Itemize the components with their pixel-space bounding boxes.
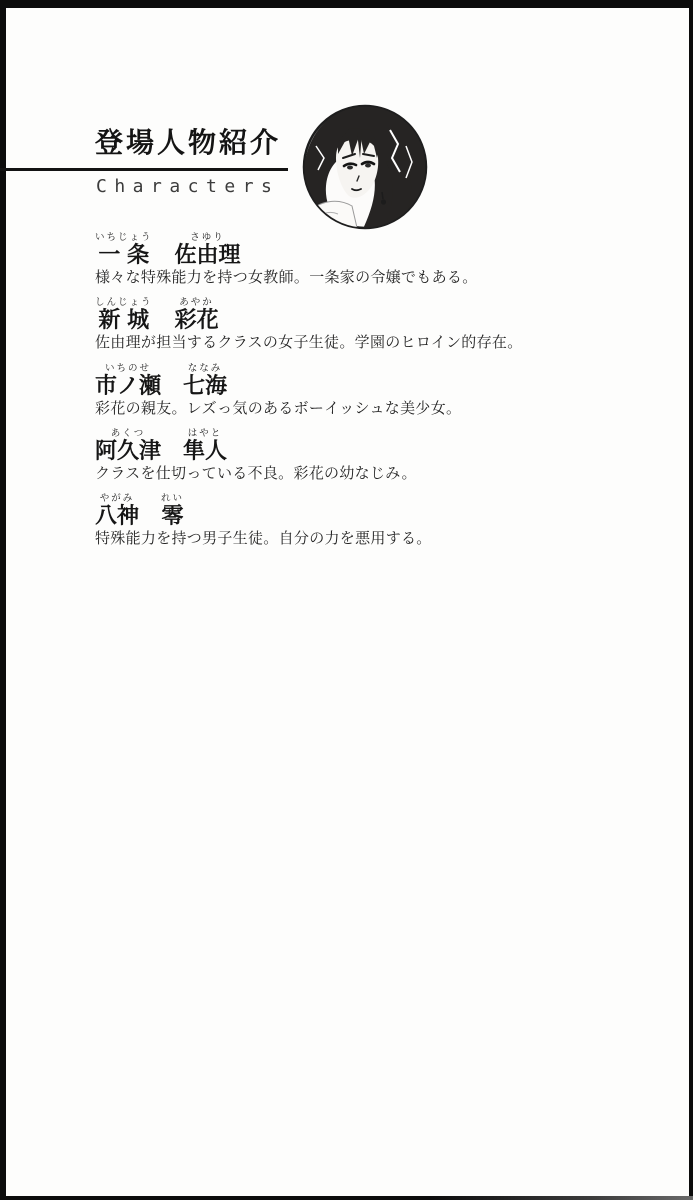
character-description: 佐由理が担当するクラスの女子生徒。学園のヒロイン的存在。 <box>95 333 615 353</box>
character-description: 彩花の親友。レズっ気のあるボーイッシュな美少女。 <box>95 399 615 419</box>
character-portrait-illustration <box>300 102 430 232</box>
given-name-furigana: ななみ <box>183 363 227 374</box>
title-rule <box>0 168 288 171</box>
page-title: 登場人物紹介 <box>95 127 281 161</box>
character-name: 八神やがみ零れい <box>95 493 615 527</box>
surname-furigana: しんじょう <box>95 297 153 308</box>
surname-ruby: 一条いちじょう <box>95 242 153 267</box>
surname-ruby: 阿久津あくつ <box>95 438 161 463</box>
character-entry: 新城しんじょう彩花あやか 佐由理が担当するクラスの女子生徒。学園のヒロイン的存在… <box>95 297 615 353</box>
surname-furigana: やがみ <box>95 493 139 504</box>
page-border-top <box>0 0 693 8</box>
given-name-furigana: はやと <box>183 428 227 439</box>
page-border-left <box>0 0 6 1200</box>
given-name: 零 <box>161 503 184 528</box>
surname: 阿久津 <box>95 438 161 463</box>
given-name: 七海 <box>183 373 227 398</box>
character-name: 新城しんじょう彩花あやか <box>95 297 615 331</box>
character-description: 特殊能力を持つ男子生徒。自分の力を悪用する。 <box>95 529 615 549</box>
surname: 新城 <box>95 307 153 332</box>
surname: 一条 <box>95 242 153 267</box>
surname-ruby: 八神やがみ <box>95 503 139 528</box>
character-name: 市ノ瀬いちのせ七海ななみ <box>95 363 615 397</box>
given-name-ruby: 隼人はやと <box>183 438 227 463</box>
surname-furigana: いちじょう <box>95 232 153 243</box>
surname: 八神 <box>95 503 139 528</box>
surname-furigana: あくつ <box>95 428 161 439</box>
given-name-furigana: あやか <box>175 297 219 308</box>
portrait-drawing <box>300 102 430 232</box>
character-description: 様々な特殊能力を持つ女教師。一条家の令嬢でもある。 <box>95 268 615 288</box>
surname-ruby: 新城しんじょう <box>95 307 153 332</box>
given-name-ruby: 彩花あやか <box>175 307 219 332</box>
given-name: 佐由理 <box>175 242 241 267</box>
character-list: 一条いちじょう佐由理さゆり 様々な特殊能力を持つ女教師。一条家の令嬢でもある。 … <box>95 232 615 559</box>
given-name-ruby: 佐由理さゆり <box>175 242 241 267</box>
character-name: 一条いちじょう佐由理さゆり <box>95 232 615 266</box>
given-name: 隼人 <box>183 438 227 463</box>
character-entry: 一条いちじょう佐由理さゆり 様々な特殊能力を持つ女教師。一条家の令嬢でもある。 <box>95 232 615 288</box>
surname-ruby: 市ノ瀬いちのせ <box>95 373 161 398</box>
character-name: 阿久津あくつ隼人はやと <box>95 428 615 462</box>
character-description: クラスを仕切っている不良。彩花の幼なじみ。 <box>95 464 615 484</box>
given-name-ruby: 七海ななみ <box>183 373 227 398</box>
character-entry: 阿久津あくつ隼人はやと クラスを仕切っている不良。彩花の幼なじみ。 <box>95 428 615 484</box>
given-name-ruby: 零れい <box>161 503 184 528</box>
given-name-furigana: さゆり <box>175 232 241 243</box>
page-subtitle: Characters <box>96 176 279 197</box>
character-entry: 市ノ瀬いちのせ七海ななみ 彩花の親友。レズっ気のあるボーイッシュな美少女。 <box>95 363 615 419</box>
surname: 市ノ瀬 <box>95 373 161 398</box>
given-name-furigana: れい <box>161 493 184 504</box>
given-name: 彩花 <box>175 307 219 332</box>
page-border-bottom <box>0 1196 693 1200</box>
page-border-right <box>689 0 693 1200</box>
character-entry: 八神やがみ零れい 特殊能力を持つ男子生徒。自分の力を悪用する。 <box>95 493 615 549</box>
surname-furigana: いちのせ <box>95 363 161 374</box>
